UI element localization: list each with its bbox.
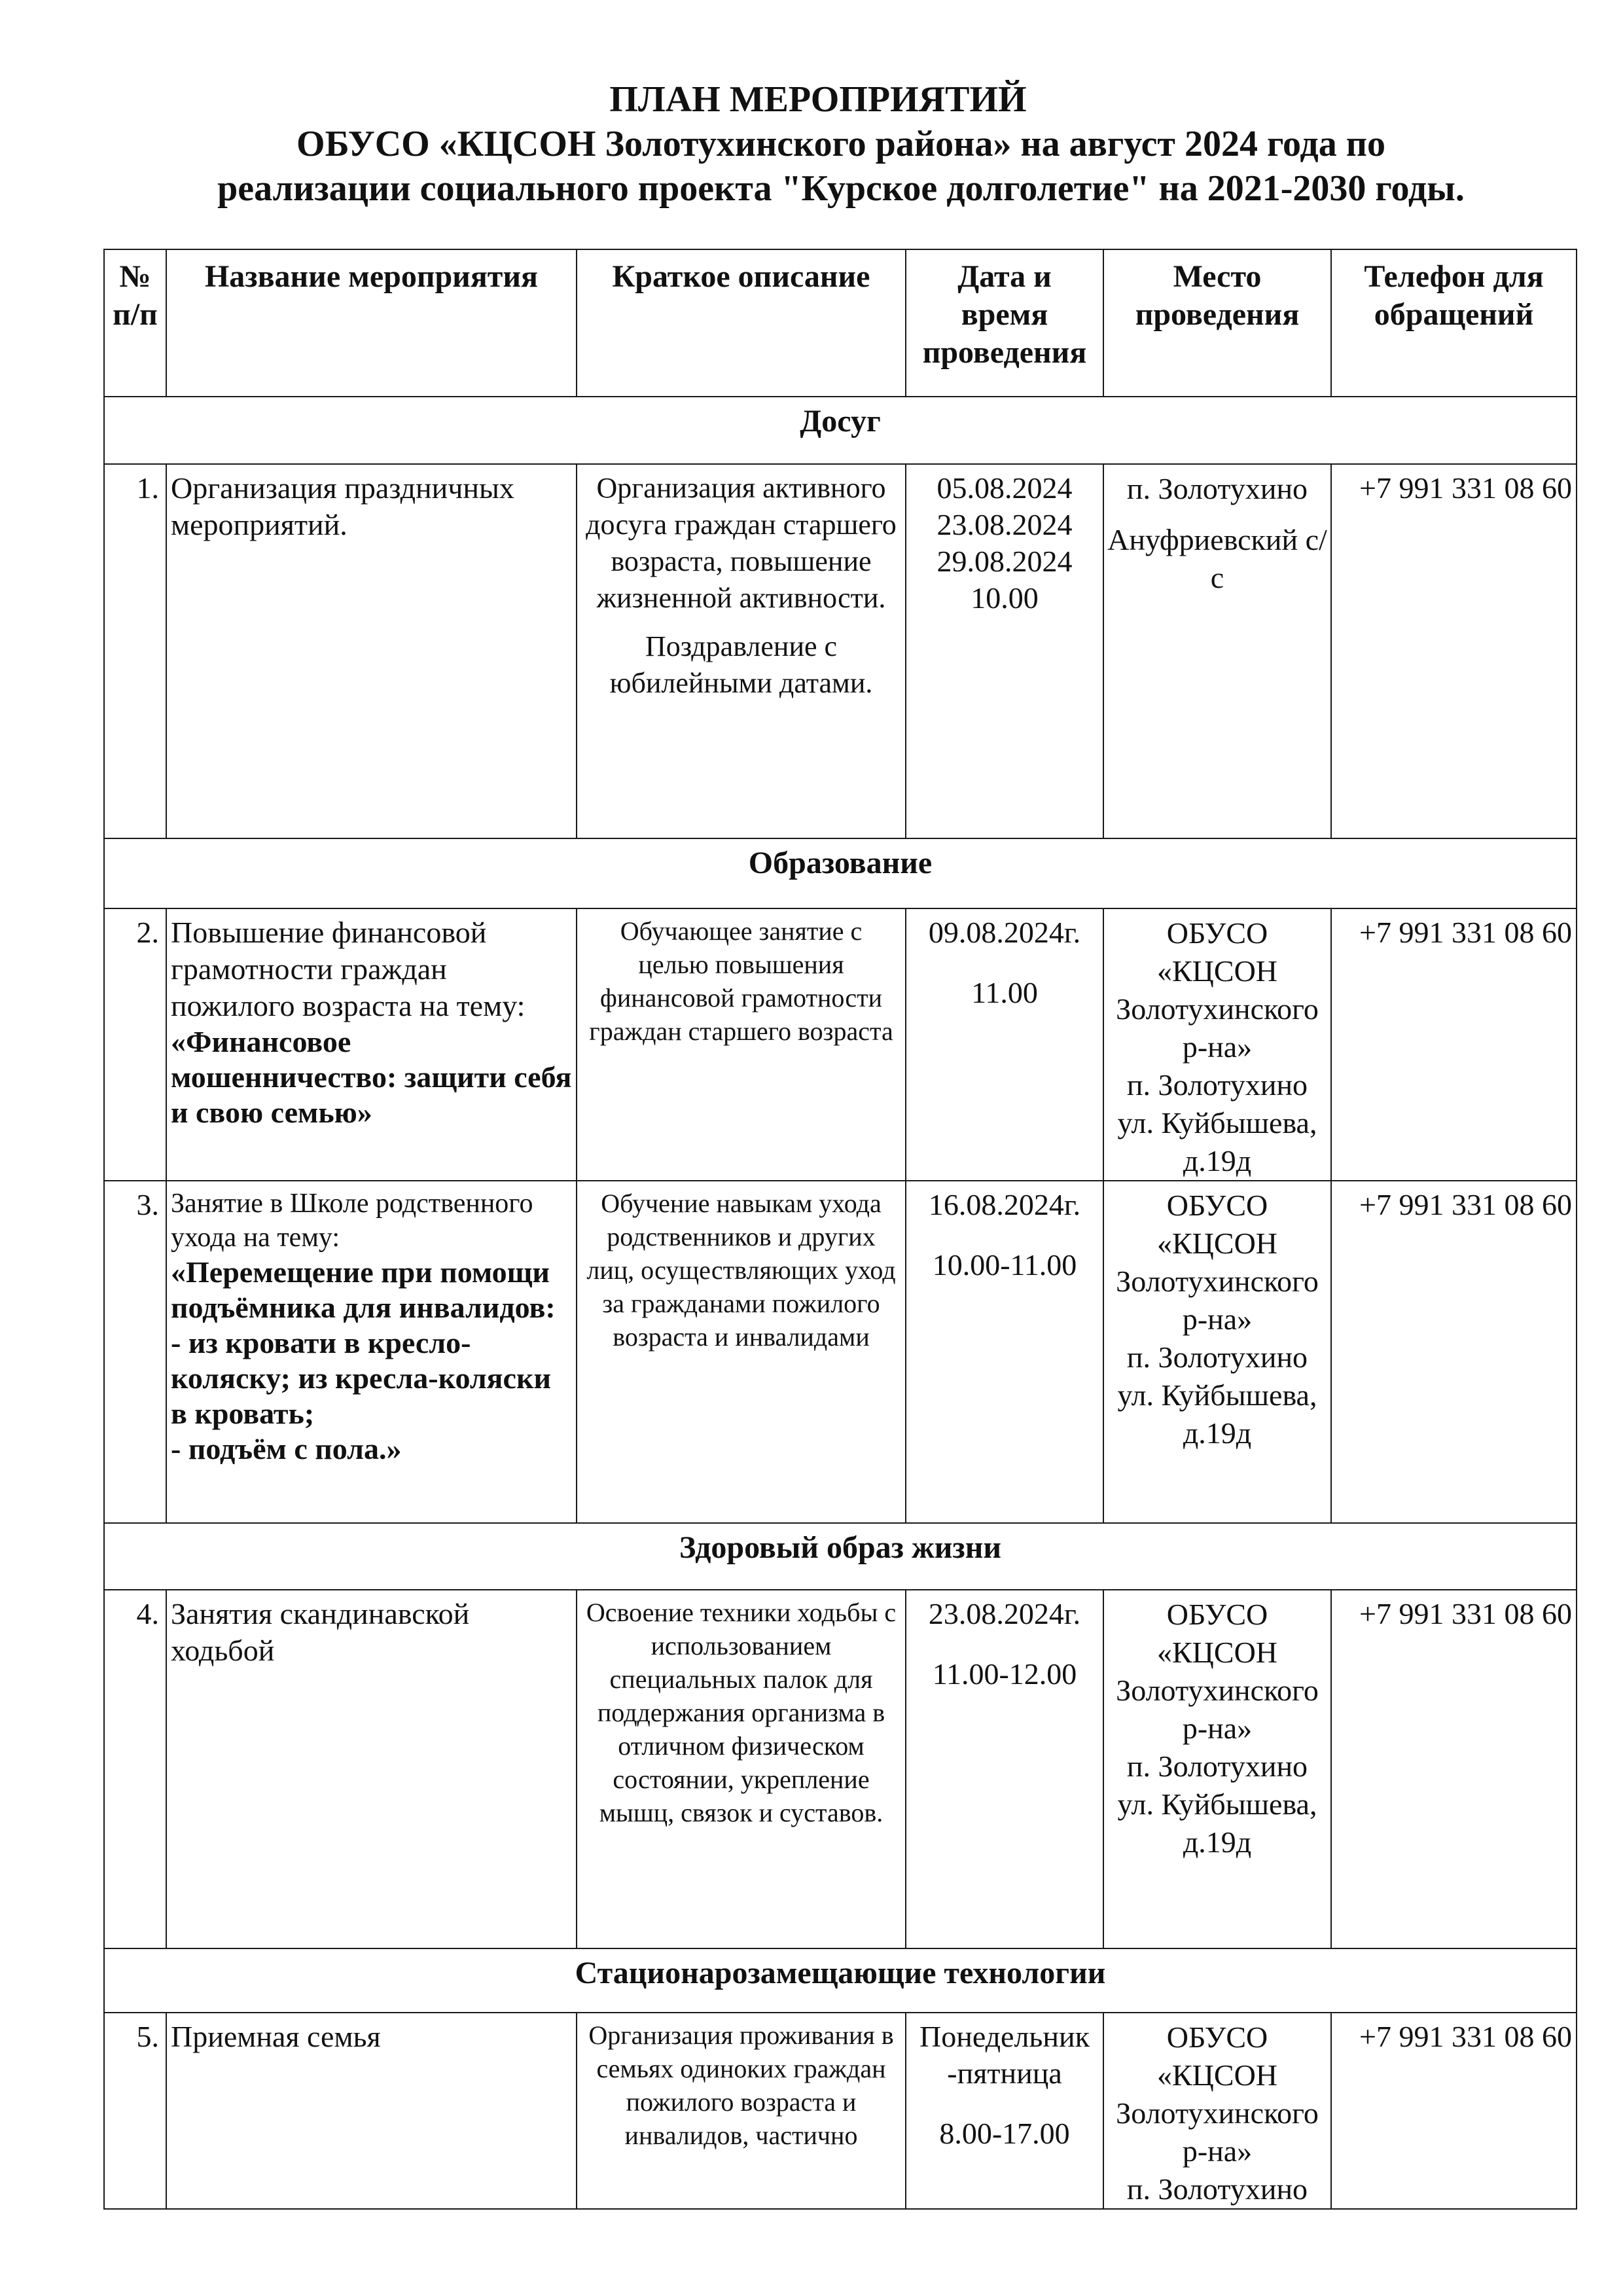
- events-plan-table: № п/п Название мероприятия Краткое описа…: [103, 249, 1577, 2210]
- event-number: 2.: [104, 908, 166, 1181]
- event-number: 3.: [104, 1181, 166, 1523]
- event-number: 5.: [104, 2013, 166, 2209]
- table-row: 1. Организация праздничных мероприятий. …: [104, 464, 1577, 838]
- event-date-time: 09.08.2024г.11.00: [906, 908, 1103, 1181]
- header-desc: Краткое описание: [577, 249, 906, 397]
- event-topic: «Финансовое мошенничество: защити себя и…: [171, 1024, 572, 1130]
- title-line-2: ОБУСО «КЦСОН Золотухинского района» на а…: [59, 122, 1623, 166]
- event-name-text: Организация праздничных мероприятий.: [171, 471, 514, 541]
- event-description: Организация активного досуга граждан ста…: [577, 464, 906, 838]
- event-phone: +7 991 331 08 60: [1331, 1590, 1577, 1948]
- event-phone: +7 991 331 08 60: [1331, 464, 1577, 838]
- event-location: ОБУСО «КЦСОН Золотухинского р-на»п. Золо…: [1103, 1590, 1331, 1948]
- event-name-text: Приемная семья: [171, 2020, 381, 2053]
- event-phone: +7 991 331 08 60: [1331, 908, 1577, 1181]
- header-name: Название мероприятия: [166, 249, 577, 397]
- event-name: Организация праздничных мероприятий.: [166, 464, 577, 838]
- event-phone: +7 991 331 08 60: [1331, 1181, 1577, 1523]
- table-row: 3. Занятие в Школе родственного ухода на…: [104, 1181, 1577, 1523]
- title-line-3: реализации социального проекта "Курское …: [59, 166, 1623, 211]
- event-name: Приемная семья: [166, 2013, 577, 2209]
- section-title: Стационарозамещающие технологии: [104, 1948, 1577, 2013]
- title-line-1: ПЛАН МЕРОПРИЯТИЙ: [13, 77, 1623, 122]
- table-body: Досуг 1. Организация праздничных меропри…: [104, 397, 1577, 2209]
- section-title: Досуг: [104, 397, 1577, 464]
- event-name: Занятия скандинавской ходьбой: [166, 1590, 577, 1948]
- document-title: ПЛАН МЕРОПРИЯТИЙ ОБУСО «КЦСОН Золотухинс…: [0, 77, 1623, 211]
- event-date-time: 05.08.202423.08.202429.08.202410.00: [906, 464, 1103, 838]
- event-description: Обучающее занятие с целью повышения фина…: [577, 908, 906, 1181]
- event-description: Организация проживания в семьях одиноких…: [577, 2013, 906, 2209]
- section-row: Досуг: [104, 397, 1577, 464]
- event-location: ОБУСО «КЦСОН Золотухинского р-на»п. Золо…: [1103, 2013, 1331, 2209]
- section-row: Образование: [104, 838, 1577, 908]
- event-name-text: Занятие в Школе родственного ухода на те…: [171, 1189, 533, 1253]
- event-location: п. ЗолотухиноАнуфриевский с/с: [1103, 464, 1331, 838]
- event-location: ОБУСО «КЦСОН Золотухинского р-на»п. Золо…: [1103, 908, 1331, 1181]
- table-row: 5. Приемная семья Организация проживания…: [104, 2013, 1577, 2209]
- event-date-time: 23.08.2024г.11.00-12.00: [906, 1590, 1103, 1948]
- table-header-row: № п/п Название мероприятия Краткое описа…: [104, 249, 1577, 397]
- table-row: 4. Занятия скандинавской ходьбой Освоени…: [104, 1590, 1577, 1948]
- event-description: Освоение техники ходьбы с использованием…: [577, 1590, 906, 1948]
- table-row: 2. Повышение финансовой грамотности граж…: [104, 908, 1577, 1181]
- event-number: 1.: [104, 464, 166, 838]
- event-name-text: Занятия скандинавской ходьбой: [171, 1597, 469, 1667]
- header-num: № п/п: [104, 249, 166, 397]
- event-date-time: 16.08.2024г.10.00-11.00: [906, 1181, 1103, 1523]
- header-date: Дата и время проведения: [906, 249, 1103, 397]
- section-title: Образование: [104, 838, 1577, 908]
- section-title: Здоровый образ жизни: [104, 1523, 1577, 1590]
- section-row: Стационарозамещающие технологии: [104, 1948, 1577, 2013]
- event-phone: +7 991 331 08 60: [1331, 2013, 1577, 2209]
- event-description: Обучение навыкам ухода родственников и д…: [577, 1181, 906, 1523]
- event-date-time: Понедельник -пятница8.00-17.00: [906, 2013, 1103, 2209]
- header-place: Место проведения: [1103, 249, 1331, 397]
- event-name-text: Повышение финансовой грамотности граждан…: [171, 916, 525, 1022]
- event-name: Повышение финансовой грамотности граждан…: [166, 908, 577, 1181]
- event-topic: «Перемещение при помощи подъёмника для и…: [171, 1255, 572, 1467]
- header-phone: Телефон для обращений: [1331, 249, 1577, 397]
- event-name: Занятие в Школе родственного ухода на те…: [166, 1181, 577, 1523]
- event-number: 4.: [104, 1590, 166, 1948]
- section-row: Здоровый образ жизни: [104, 1523, 1577, 1590]
- event-location: ОБУСО «КЦСОН Золотухинского р-на»п. Золо…: [1103, 1181, 1331, 1523]
